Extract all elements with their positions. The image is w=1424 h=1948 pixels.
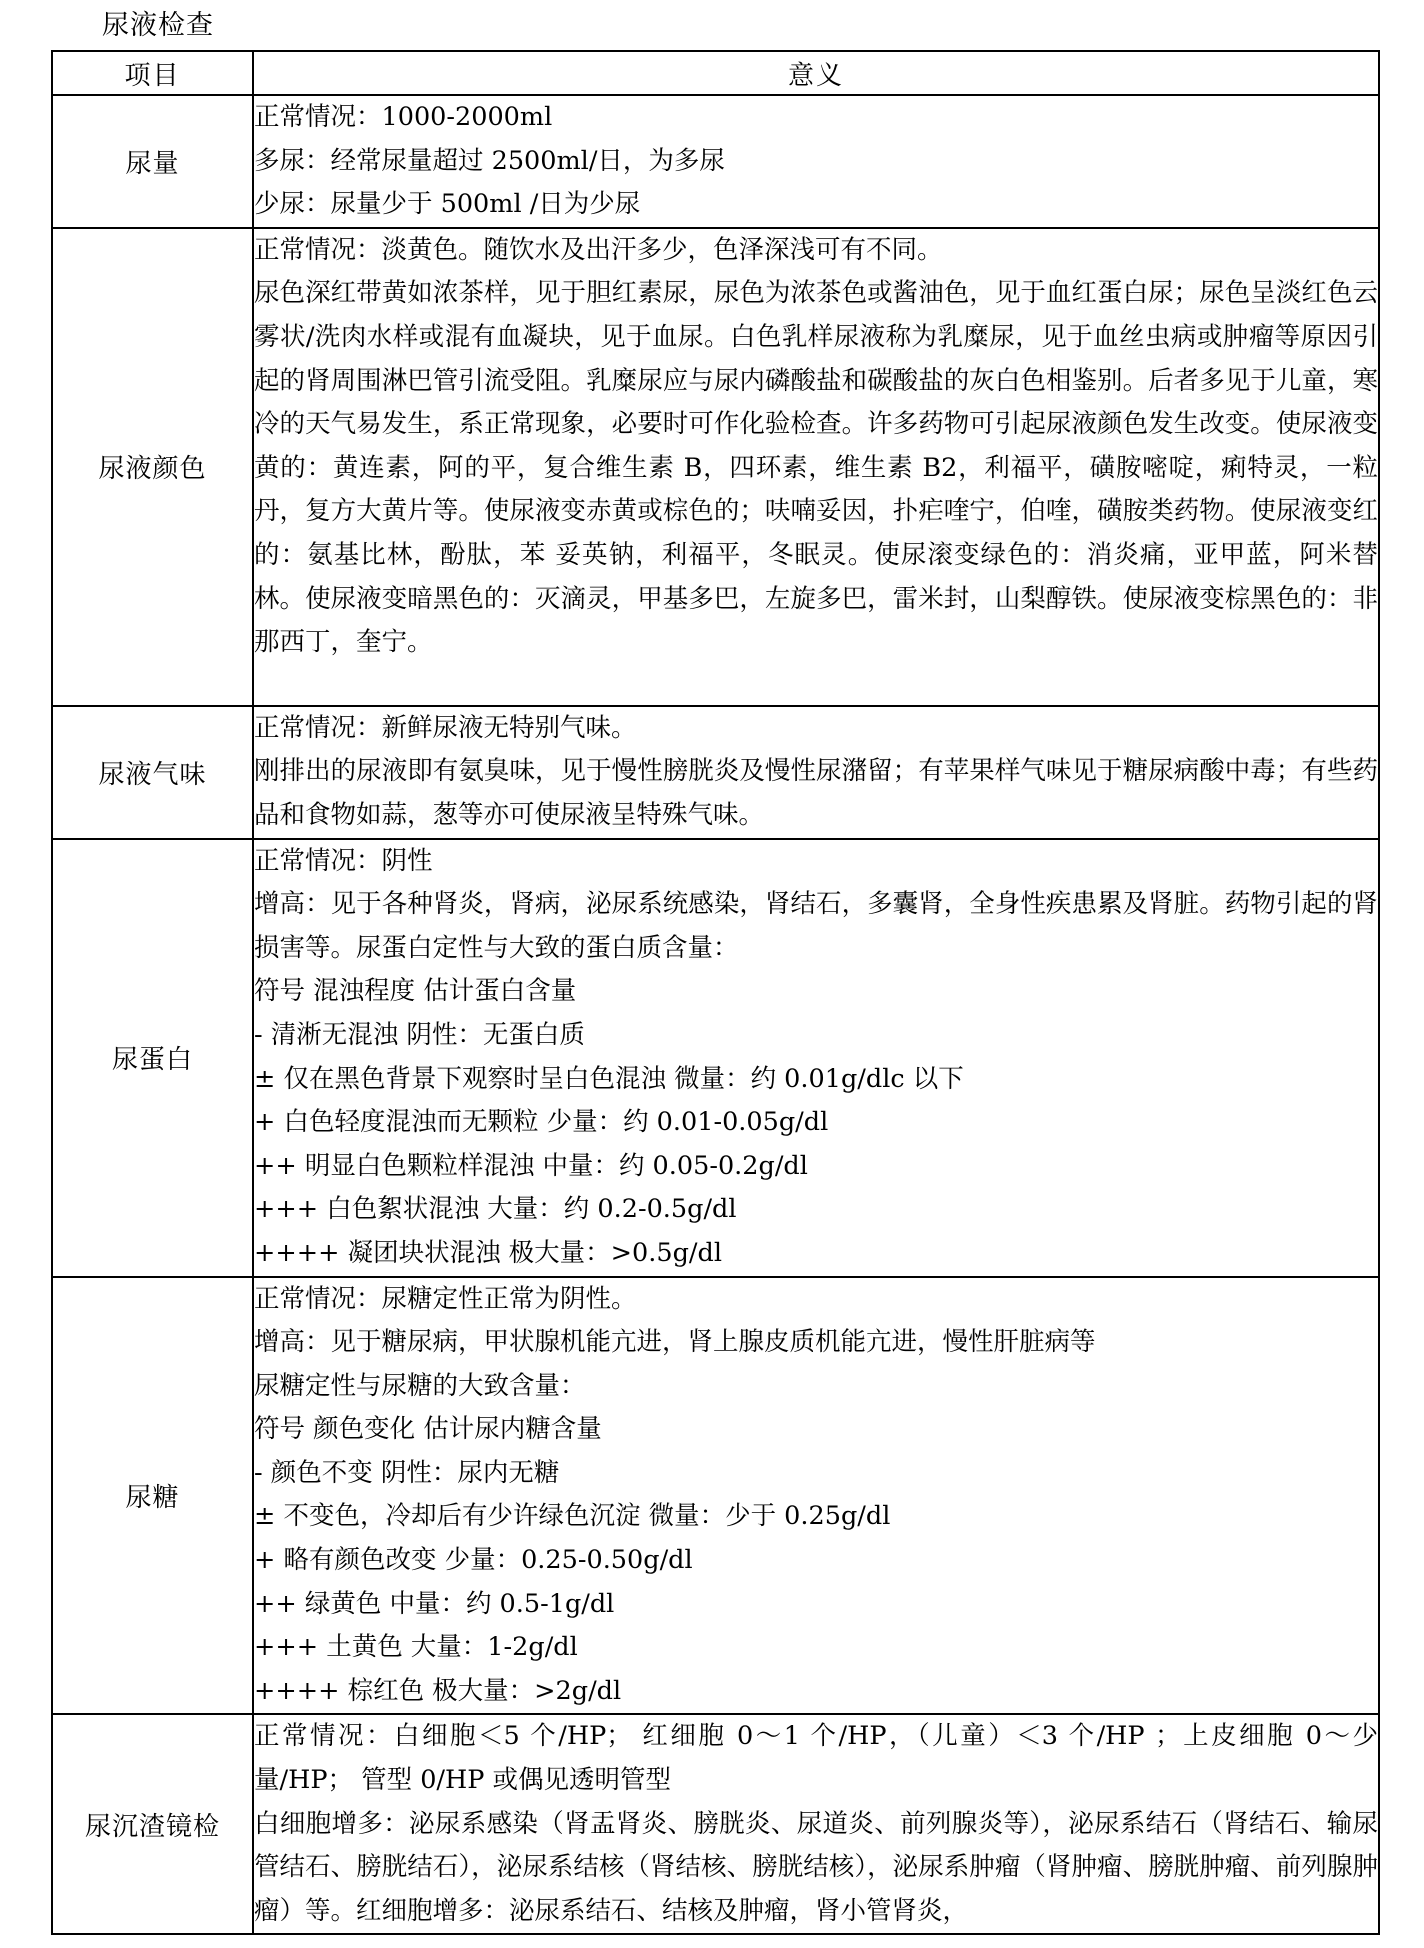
meaning-line: 正常情况：阴性 [254,840,1378,884]
grade-line: +++ 白色絮状混浊 大量：约 0.2-0.5g/dl [254,1188,1378,1232]
table-row-urine-volume: 尿量 正常情况：1000-2000ml 多尿：经常尿量超过 2500ml/日，为… [52,95,1379,228]
table-header-row: 项目 意义 [52,51,1379,95]
meaning-line: 多尿：经常尿量超过 2500ml/日，为多尿 [254,140,1378,184]
item-cell: 尿量 [52,95,253,228]
meaning-paragraph: 正常情况：白细胞＜5 个/HP； 红细胞 0～1 个/HP，（儿童）＜3 个/H… [254,1715,1378,1802]
table-row-urine-color: 尿液颜色 正常情况：淡黄色。随饮水及出汗多少，色泽深浅可有不同。 尿色深红带黄如… [52,228,1379,706]
meaning-line: 增高：见于糖尿病，甲状腺机能亢进，肾上腺皮质机能亢进，慢性肝脏病等 [254,1321,1378,1365]
grade-line: + 白色轻度混浊而无颗粒 少量：约 0.01-0.05g/dl [254,1101,1378,1145]
grade-line: + 略有颜色改变 少量：0.25-0.50g/dl [254,1539,1378,1583]
item-cell: 尿沉渣镜检 [52,1714,253,1934]
legend-header-line: 符号 混浊程度 估计蛋白含量 [254,970,1378,1014]
table-row-urine-protein: 尿蛋白 正常情况：阴性 增高：见于各种肾炎，肾病，泌尿系统感染，肾结石，多囊肾，… [52,839,1379,1277]
meaning-line: 正常情况：淡黄色。随饮水及出汗多少，色泽深浅可有不同。 [254,229,1378,273]
document-title: 尿液检查 [102,8,214,44]
meaning-line: 正常情况：新鲜尿液无特别气味。 [254,707,1378,751]
grade-line: ++ 绿黄色 中量：约 0.5-1g/dl [254,1583,1378,1627]
legend-header-line: 符号 颜色变化 估计尿内糖含量 [254,1408,1378,1452]
meaning-cell: 正常情况：淡黄色。随饮水及出汗多少，色泽深浅可有不同。 尿色深红带黄如浓茶样，见… [253,228,1379,706]
table-row-urine-odor: 尿液气味 正常情况：新鲜尿液无特别气味。 刚排出的尿液即有氨臭味，见于慢性膀胱炎… [52,706,1379,839]
item-cell: 尿液气味 [52,706,253,839]
meaning-paragraph: 白细胞增多：泌尿系感染（肾盂肾炎、膀胱炎、尿道炎、前列腺炎等），泌尿系结石（肾结… [254,1803,1378,1934]
meaning-cell: 正常情况：1000-2000ml 多尿：经常尿量超过 2500ml/日，为多尿 … [253,95,1379,228]
grade-line: ++++ 凝团块状混浊 极大量：>0.5g/dl [254,1232,1378,1276]
meaning-cell: 正常情况：尿糖定性正常为阴性。 增高：见于糖尿病，甲状腺机能亢进，肾上腺皮质机能… [253,1277,1379,1715]
meaning-line: 尿糖定性与尿糖的大致含量： [254,1365,1378,1409]
urine-exam-table: 项目 意义 尿量 正常情况：1000-2000ml 多尿：经常尿量超过 2500… [51,50,1380,1935]
meaning-line: 少尿：尿量少于 500ml /日为少尿 [254,183,1378,227]
grade-line: ++++ 棕红色 极大量：>2g/dl [254,1670,1378,1714]
meaning-paragraph: 增高：见于各种肾炎，肾病，泌尿系统感染，肾结石，多囊肾，全身性疾患累及肾脏。药物… [254,883,1378,970]
meaning-paragraph: 尿色深红带黄如浓茶样，见于胆红素尿，尿色为浓茶色或酱油色，见于血红蛋白尿；尿色呈… [254,272,1378,664]
table-row-urine-sugar: 尿糖 正常情况：尿糖定性正常为阴性。 增高：见于糖尿病，甲状腺机能亢进，肾上腺皮… [52,1277,1379,1715]
grade-line: ± 不变色，冷却后有少许绿色沉淀 微量：少于 0.25g/dl [254,1495,1378,1539]
item-cell: 尿糖 [52,1277,253,1715]
column-header-meaning: 意义 [253,51,1379,95]
meaning-cell: 正常情况：阴性 增高：见于各种肾炎，肾病，泌尿系统感染，肾结石，多囊肾，全身性疾… [253,839,1379,1277]
meaning-cell: 正常情况：白细胞＜5 个/HP； 红细胞 0～1 个/HP，（儿童）＜3 个/H… [253,1714,1379,1934]
meaning-line: 正常情况：尿糖定性正常为阴性。 [254,1278,1378,1322]
grade-line: +++ 土黄色 大量：1-2g/dl [254,1626,1378,1670]
grade-line: - 清淅无混浊 阴性：无蛋白质 [254,1014,1378,1058]
table-row-urine-sediment: 尿沉渣镜检 正常情况：白细胞＜5 个/HP； 红细胞 0～1 个/HP，（儿童）… [52,1714,1379,1934]
grade-line: ++ 明显白色颗粒样混浊 中量：约 0.05-0.2g/dl [254,1145,1378,1189]
column-header-item: 项目 [52,51,253,95]
item-cell: 尿液颜色 [52,228,253,706]
item-cell: 尿蛋白 [52,839,253,1277]
grade-line: - 颜色不变 阴性：尿内无糖 [254,1452,1378,1496]
meaning-line: 正常情况：1000-2000ml [254,96,1378,140]
meaning-paragraph: 刚排出的尿液即有氨臭味，见于慢性膀胱炎及慢性尿潴留；有苹果样气味见于糖尿病酸中毒… [254,750,1378,837]
grade-line: ± 仅在黑色背景下观察时呈白色混浊 微量：约 0.01g/dlc 以下 [254,1058,1378,1102]
meaning-cell: 正常情况：新鲜尿液无特别气味。 刚排出的尿液即有氨臭味，见于慢性膀胱炎及慢性尿潴… [253,706,1379,839]
